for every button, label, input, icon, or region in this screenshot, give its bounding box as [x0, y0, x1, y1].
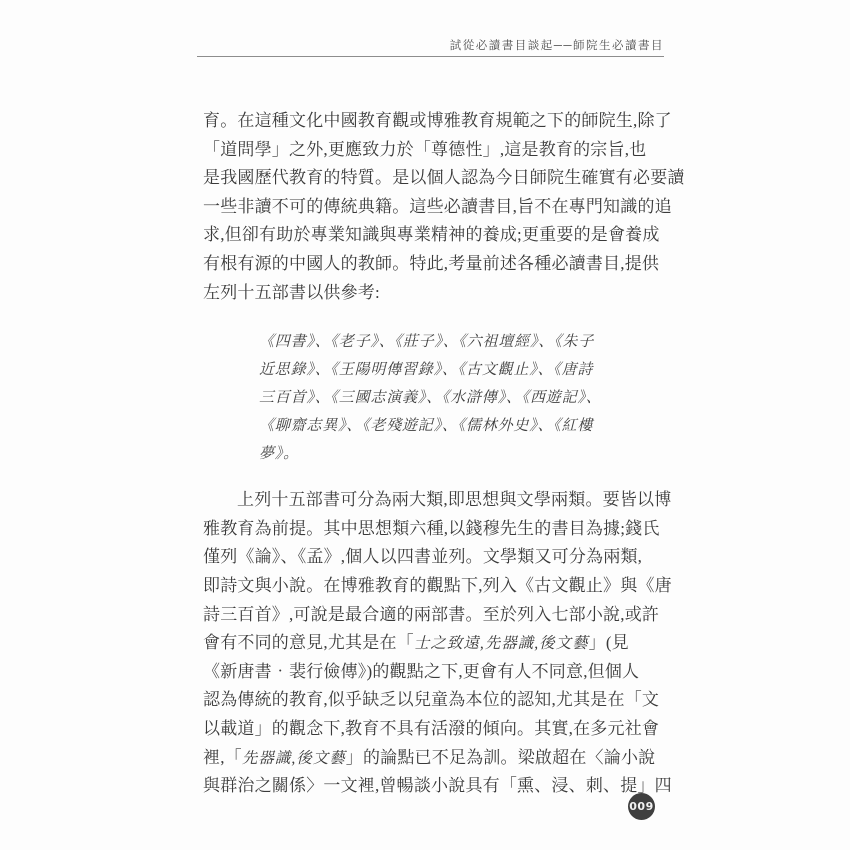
- text-line: 即詩文與小說。在博雅教育的觀點下,列入《古文觀止》與《唐: [203, 572, 665, 601]
- kai-quote: 先器識,後文藝: [242, 750, 346, 767]
- book-list-line: 《四書》、《老子》、《莊子》、《六祖壇經》、《朱子: [259, 328, 665, 356]
- book-list-line: 《聊齋志異》、《老殘遊記》、《儒林外史》、《紅樓: [259, 412, 665, 440]
- text-line: 認為傳統的教育,似乎缺乏以兒童為本位的認知,尤其是在「文: [203, 686, 665, 715]
- text-line: 裡,「先器識,後文藝」的論點已不足為訓。梁啟超在〈論小說: [203, 744, 665, 773]
- text-line: 《新唐書‧裴行儉傳》)的觀點之下,更會有人不同意,但個人: [203, 658, 665, 687]
- text-line: 一些非讀不可的傳統典籍。這些必讀書目,旨不在專門知識的追: [203, 193, 665, 222]
- text-line: 以載道」的觀念下,教育不具有活潑的傾向。其實,在多元社會: [203, 715, 665, 744]
- text-line: 與群治之關係〉一文裡,曾暢談小說具有「熏、浸、刺、提」四: [203, 772, 665, 801]
- text-line: 詩三百首》,可說是最合適的兩部書。至於列入七部小說,或許: [203, 601, 665, 630]
- text-line: 有根有源的中國人的教師。特此,考量前述各種必讀書目,提供: [203, 250, 665, 279]
- text-line: 求,但卻有助於專業知識與專業精神的養成;更重要的是會養成: [203, 221, 665, 250]
- text-line: 「道問學」之外,更應致力於「尊德性」,這是教育的宗旨,也: [203, 136, 665, 165]
- text-segment: 」(見: [589, 633, 629, 652]
- paragraph-2: 上列十五部書可分為兩大類,即思想與文學兩類。要皆以博 雅教育為前提。其中思想類六…: [203, 486, 665, 801]
- text-line: 雅教育為前提。其中思想類六種,以錢穆先生的書目為據;錢氏: [203, 515, 665, 544]
- header-rule: [197, 56, 664, 57]
- kai-quote: 士之致遠,先器識,後文藝: [414, 635, 589, 652]
- paragraph-1: 育。在這種文化中國教育觀或博雅教育規範之下的師院生,除了 「道問學」之外,更應致…: [203, 107, 665, 307]
- book-page: 試從必讀書目談起──師院生必讀書目 育。在這種文化中國教育觀或博雅教育規範之下的…: [0, 0, 850, 850]
- text-line: 育。在這種文化中國教育觀或博雅教育規範之下的師院生,除了: [203, 107, 665, 136]
- text-segment: 裡,「: [203, 748, 242, 767]
- book-list-line: 近思錄》、《王陽明傳習錄》、《古文觀止》、《唐詩: [259, 356, 665, 384]
- running-head-title: 試從必讀書目談起──師院生必讀書目: [450, 37, 664, 53]
- book-list-line: 三百首》、《三國志演義》、《水滸傳》、《西遊記》、: [259, 384, 665, 412]
- page-number-badge: 009: [628, 793, 655, 820]
- text-segment: 」的論點已不足為訓。梁啟超在〈論小說: [346, 748, 656, 767]
- page-number: 009: [629, 800, 653, 813]
- text-line: 會有不同的意見,尤其是在「士之致遠,先器識,後文藝」(見: [203, 629, 665, 658]
- text-line: 上列十五部書可分為兩大類,即思想與文學兩類。要皆以博: [203, 486, 665, 515]
- text-segment: 會有不同的意見,尤其是在「: [203, 633, 414, 652]
- book-list-line: 夢》。: [259, 440, 665, 468]
- text-line: 左列十五部書以供參考:: [203, 279, 665, 308]
- text-line: 是我國歷代教育的特質。是以個人認為今日師院生確實有必要讀: [203, 164, 665, 193]
- book-list-quote: 《四書》、《老子》、《莊子》、《六祖壇經》、《朱子 近思錄》、《王陽明傳習錄》、…: [259, 328, 665, 468]
- text-line: 僅列《論》、《孟》,個人以四書並列。文學類又可分為兩類,: [203, 543, 665, 572]
- page-content: 育。在這種文化中國教育觀或博雅教育規範之下的師院生,除了 「道問學」之外,更應致…: [203, 107, 665, 801]
